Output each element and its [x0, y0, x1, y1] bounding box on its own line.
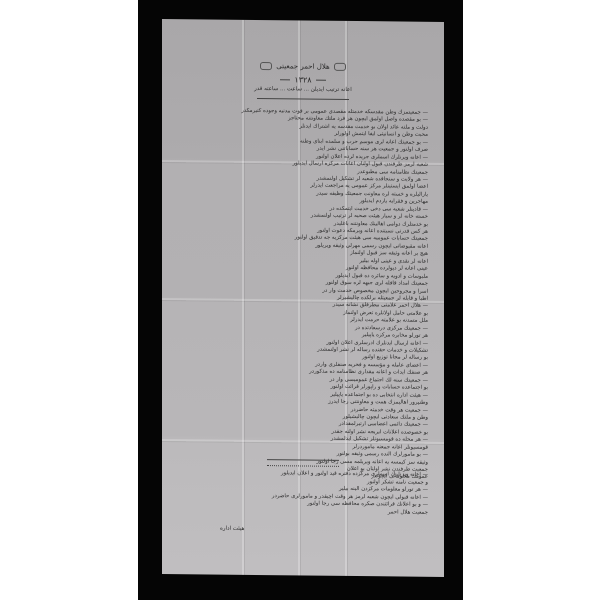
document-title: هلال احمر جمعیتی — [162, 61, 444, 72]
ornament-icon — [334, 63, 346, 71]
document-year: ١٣٢٨ — [162, 74, 444, 86]
ornament-icon — [260, 62, 272, 70]
document-sheet: هلال احمر جمعیتی ١٣٢٨ اعانه ترتیب ایدیلن… — [162, 19, 444, 577]
dash-ornament — [316, 80, 326, 81]
year-text: ١٣٢٨ — [294, 75, 311, 84]
document-subtitle: اعانه ترتیب ایدیلن ... ساعت ... ساعته قد… — [180, 85, 426, 94]
title-text: هلال احمر جمعیتی — [276, 62, 329, 71]
section-separator — [267, 459, 339, 467]
text-line: جمعیت هلال احمر — [180, 507, 428, 517]
text-line: شعبه لرمز طرفندن قبول اولنان اعانات مرکز… — [178, 159, 428, 169]
closing-section: اعانه ویرنلرك اسملری مرکزده دفتره قید او… — [180, 469, 428, 517]
header-divider — [257, 98, 349, 105]
document-body: جمعیتمزك وطن مقدسكه خدمتله مقصدی عمومی ب… — [178, 107, 428, 481]
dash-ornament — [280, 79, 290, 80]
signature: هیئت اداره — [220, 526, 244, 532]
